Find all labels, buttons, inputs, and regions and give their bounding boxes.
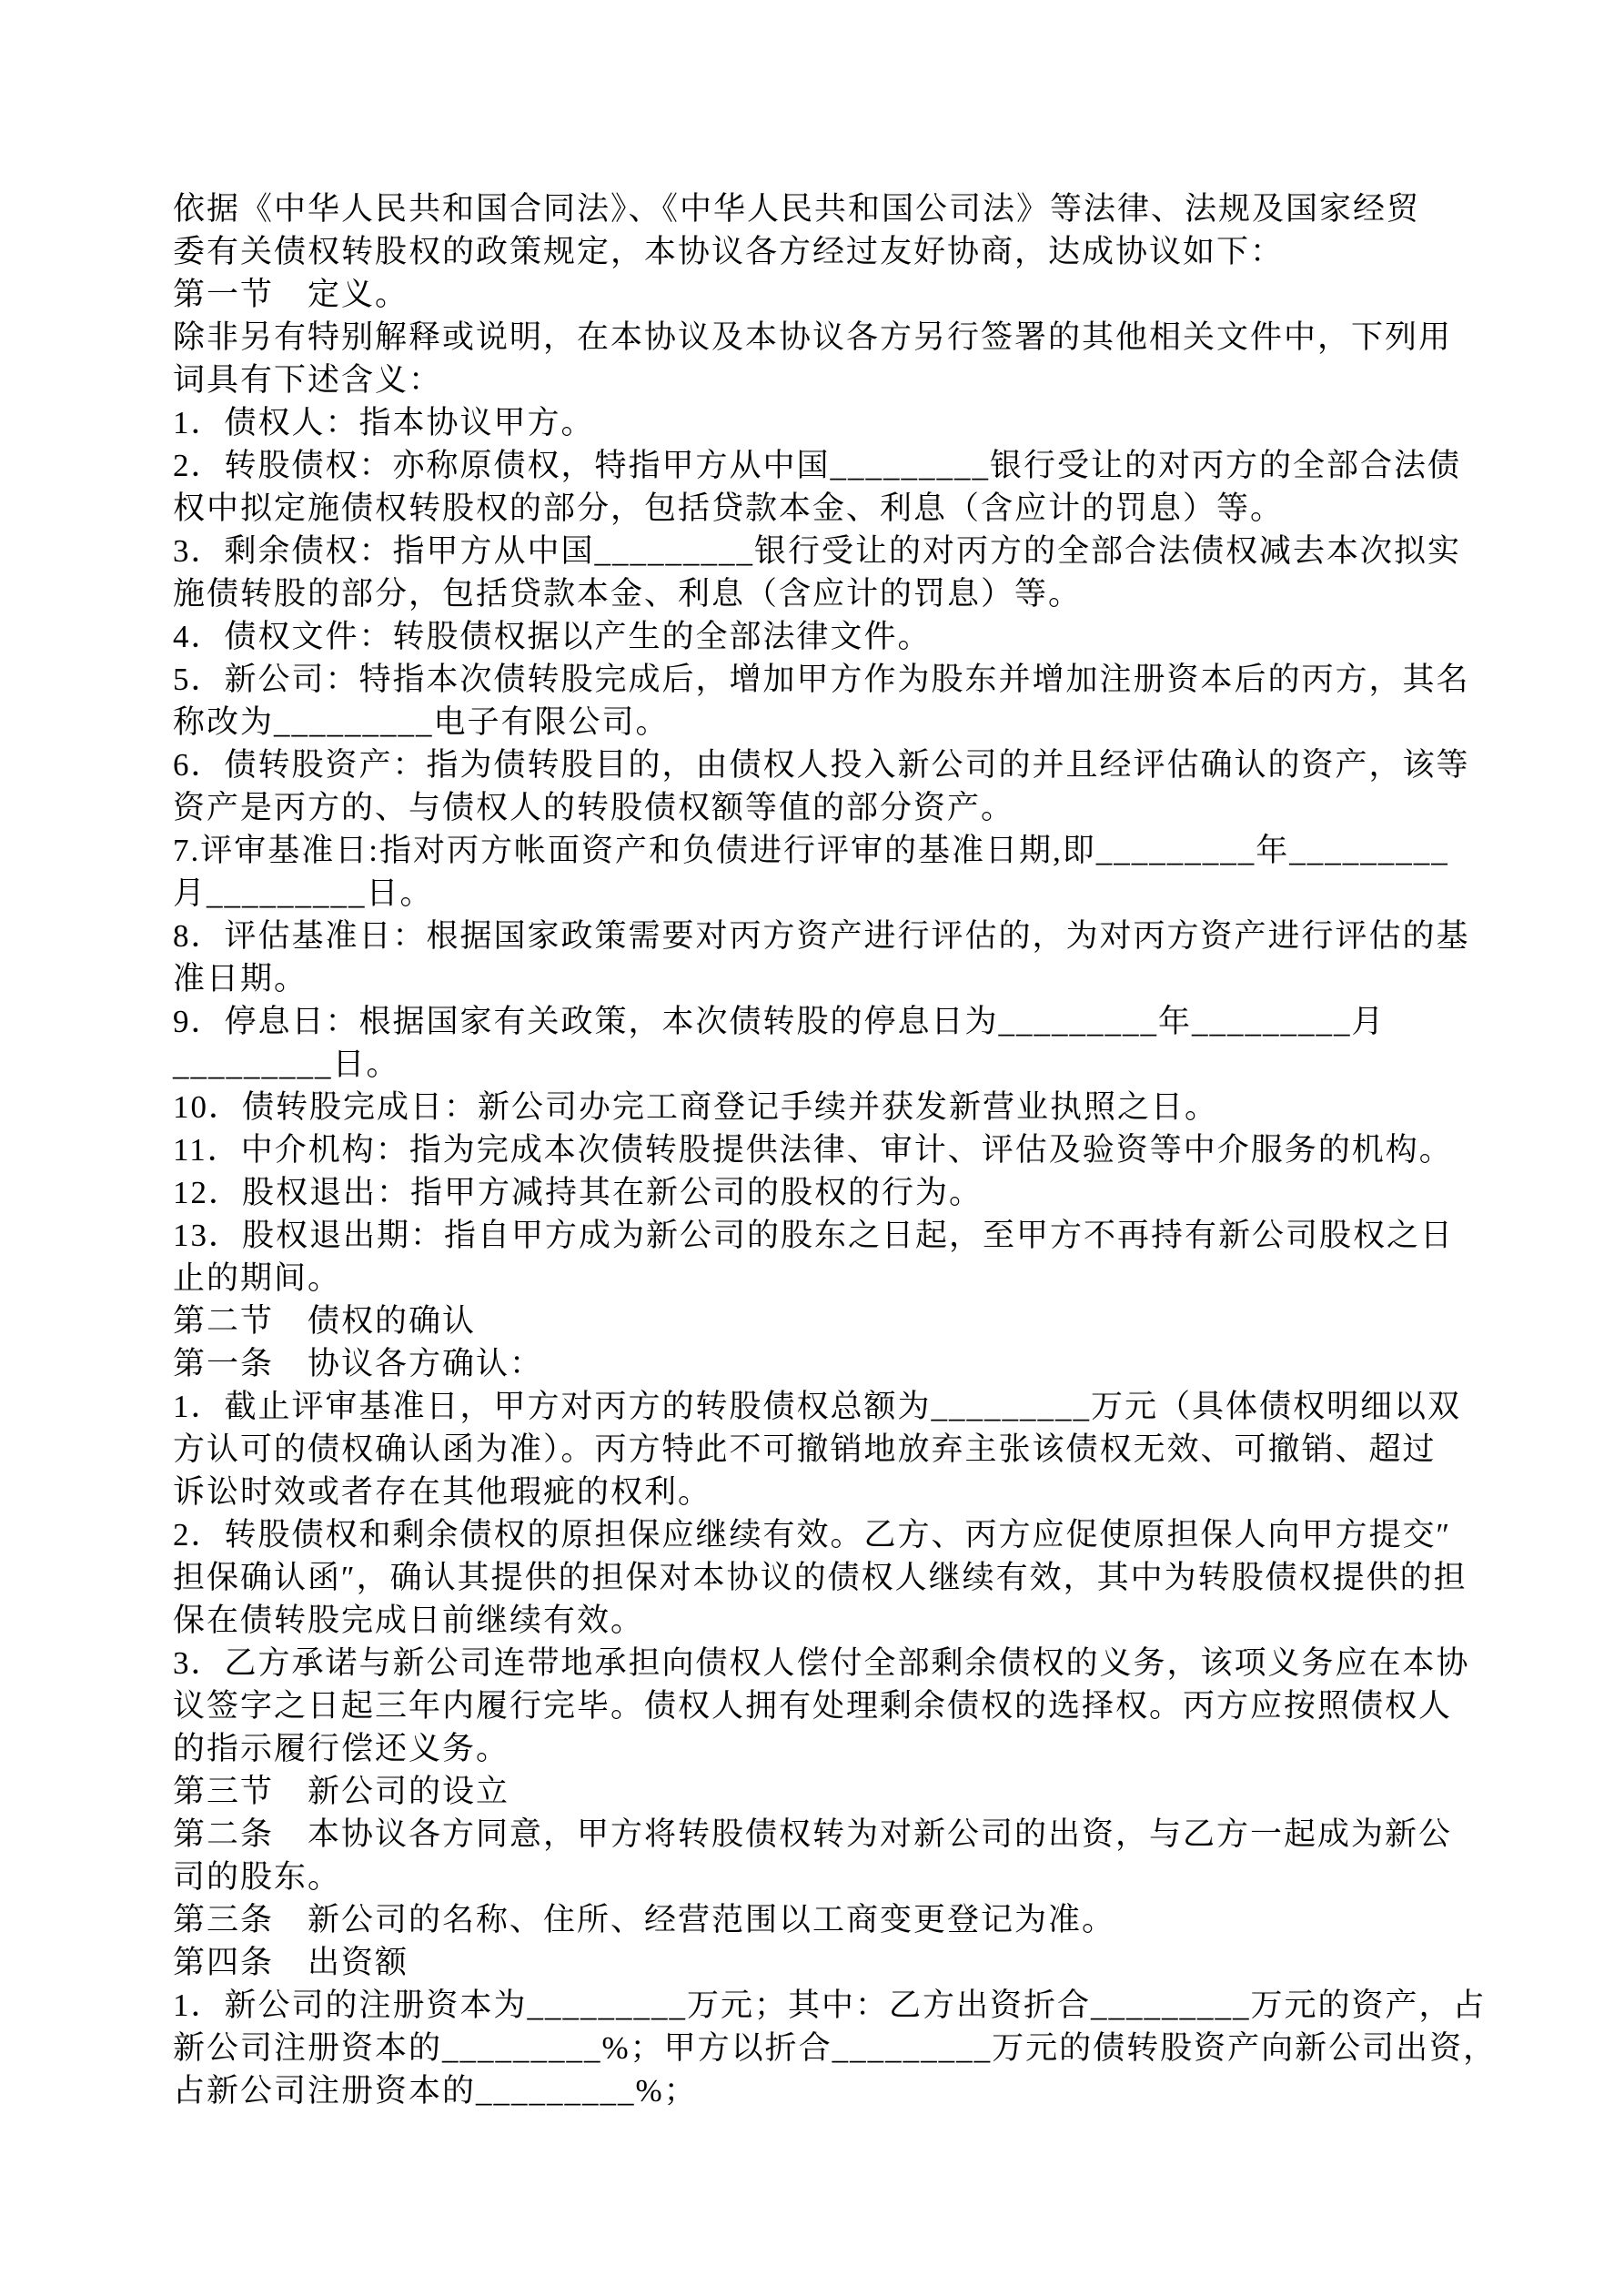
document-body: 依据《中华人民共和国合同法》、《中华人民共和国公司法》等法律、法规及国家经贸委有… [173,187,1483,2112]
document-line: 3．剩余债权：指甲方从中国_________银行受让的对丙方的全部合法债权减去本… [173,530,1483,572]
document-line: 8．评估基准日：根据国家政策需要对丙方资产进行评估的，为对丙方资产进行评估的基 [173,915,1483,957]
document-line: 第二条 本协议各方同意，甲方将转股债权转为对新公司的出资，与乙方一起成为新公 [173,1813,1483,1856]
document-line: _________日。 [173,1043,1483,1086]
document-line: 7.评审基准日:指对丙方帐面资产和负债进行评审的基准日期,即_________年… [173,829,1483,872]
document-line: 2．转股债权：亦称原债权，特指甲方从中国_________银行受让的对丙方的全部… [173,444,1483,487]
document-line: 资产是丙方的、与债权人的转股债权额等值的部分资产。 [173,786,1483,829]
document-line: 1．新公司的注册资本为_________万元；其中：乙方出资折合________… [173,1984,1483,2027]
document-line: 4．债权文件：转股债权据以产生的全部法律文件。 [173,615,1483,658]
document-line: 11．中介机构：指为完成本次债转股提供法律、审计、评估及验资等中介服务的机构。 [173,1128,1483,1171]
document-page: 依据《中华人民共和国合同法》、《中华人民共和国公司法》等法律、法规及国家经贸委有… [0,0,1624,2296]
document-line: 第三条 新公司的名称、住所、经营范围以工商变更登记为准。 [173,1898,1483,1941]
document-line: 方认可的债权确认函为准）。丙方特此不可撤销地放弃主张该债权无效、可撤销、超过 [173,1428,1483,1471]
document-line: 议签字之日起三年内履行完毕。债权人拥有处理剩余债权的选择权。丙方应按照债权人 [173,1684,1483,1727]
document-line: 施债转股的部分，包括贷款本金、利息（含应计的罚息）等。 [173,572,1483,615]
document-line: 第二节 债权的确认 [173,1300,1483,1342]
document-line: 依据《中华人民共和国合同法》、《中华人民共和国公司法》等法律、法规及国家经贸 [173,187,1483,230]
document-line: 2．转股债权和剩余债权的原担保应继续有效。乙方、丙方应促使原担保人向甲方提交″ [173,1513,1483,1556]
document-line: 的指示履行偿还义务。 [173,1727,1483,1770]
document-line: 9．停息日：根据国家有关政策，本次债转股的停息日为_________年_____… [173,1000,1483,1043]
document-line: 词具有下述含义： [173,359,1483,401]
document-line: 12．股权退出：指甲方减持其在新公司的股权的行为。 [173,1171,1483,1214]
document-line: 5．新公司：特指本次债转股完成后，增加甲方作为股东并增加注册资本后的丙方，其名 [173,658,1483,701]
document-line: 第四条 出资额 [173,1941,1483,1984]
document-line: 保在债转股完成日前继续有效。 [173,1599,1483,1642]
document-line: 第三节 新公司的设立 [173,1770,1483,1813]
document-line: 司的股东。 [173,1856,1483,1898]
document-line: 1．债权人：指本协议甲方。 [173,401,1483,444]
document-line: 3．乙方承诺与新公司连带地承担向债权人偿付全部剩余债权的义务，该项义务应在本协 [173,1642,1483,1684]
document-line: 第一节 定义。 [173,273,1483,316]
document-line: 6．债转股资产：指为债转股目的，由债权人投入新公司的并且经评估确认的资产，该等 [173,743,1483,786]
document-line: 称改为_________电子有限公司。 [173,701,1483,743]
document-line: 权中拟定施债权转股权的部分，包括贷款本金、利息（含应计的罚息）等。 [173,487,1483,530]
document-line: 委有关债权转股权的政策规定，本协议各方经过友好协商，达成协议如下： [173,230,1483,273]
document-line: 10．债转股完成日：新公司办完工商登记手续并获发新营业执照之日。 [173,1086,1483,1128]
document-line: 第一条 协议各方确认： [173,1342,1483,1385]
document-line: 1．截止评审基准日，甲方对丙方的转股债权总额为_________万元（具体债权明… [173,1385,1483,1428]
document-line: 止的期间。 [173,1257,1483,1300]
document-line: 诉讼时效或者存在其他瑕疵的权利。 [173,1471,1483,1513]
document-line: 准日期。 [173,957,1483,1000]
document-line: 除非另有特别解释或说明，在本协议及本协议各方另行签署的其他相关文件中，下列用 [173,316,1483,359]
document-line: 月_________日。 [173,872,1483,915]
document-line: 担保确认函″，确认其提供的担保对本协议的债权人继续有效，其中为转股债权提供的担 [173,1556,1483,1599]
document-line: 13．股权退出期：指自甲方成为新公司的股东之日起，至甲方不再持有新公司股权之日 [173,1214,1483,1257]
document-line: 新公司注册资本的_________%；甲方以折合_________万元的债转股资… [173,2027,1483,2069]
document-line: 占新公司注册资本的_________%； [173,2069,1483,2112]
